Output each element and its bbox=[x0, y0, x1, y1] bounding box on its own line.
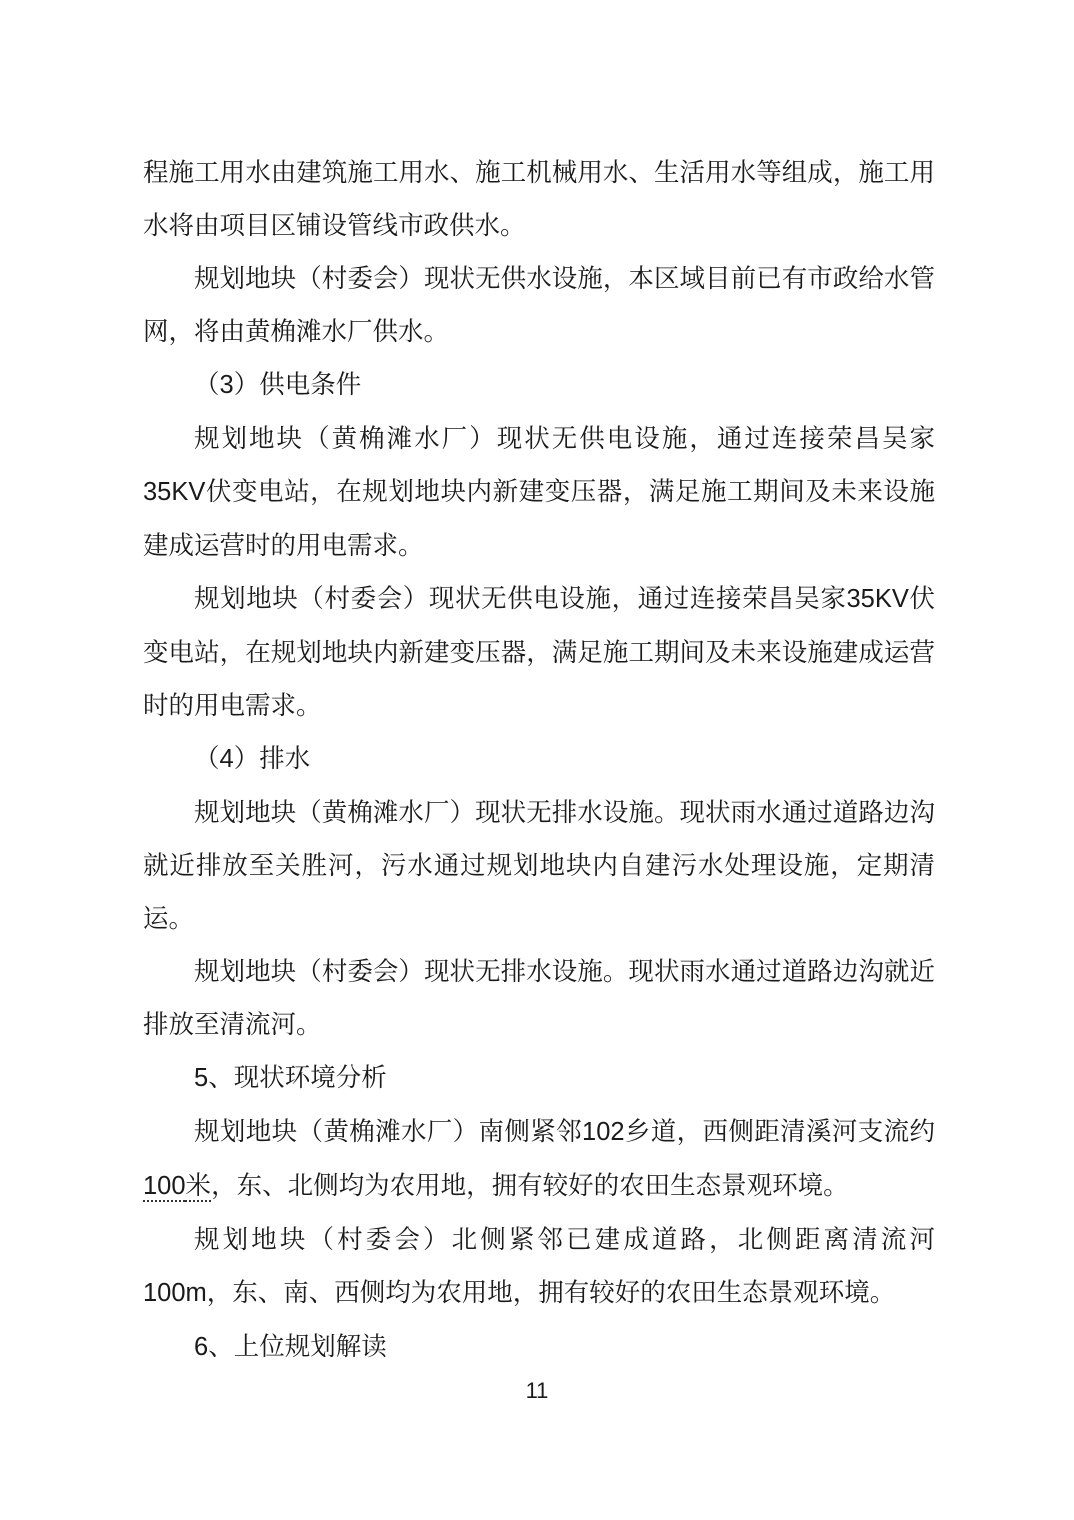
latin-text: 35KV bbox=[143, 478, 205, 506]
latin-text: 100 bbox=[143, 1172, 186, 1200]
text-segment: 5、现状环境分析 bbox=[194, 1063, 387, 1092]
page-number: 11 bbox=[0, 1376, 1074, 1406]
latin-text: 100m bbox=[143, 1279, 207, 1307]
text-segment: 规划地块（黄桷滩水厂）南侧紧邻102乡道，西侧距清溪河支流约 bbox=[194, 1117, 935, 1146]
text-segment: 规划地块（村委会）现状无供水设施，本区域目前已有市政给水管网，将由黄桷滩水厂供水… bbox=[143, 264, 935, 346]
paragraph: 规划地块（黄桷滩水厂）现状无供电设施，通过连接荣昌吴家35KV伏变电站，在规划地… bbox=[143, 412, 935, 572]
paragraph: 5、现状环境分析 bbox=[143, 1051, 935, 1105]
text-segment: （3）供电条件 bbox=[194, 370, 361, 399]
paragraph: 规划地块（黄桷滩水厂）现状无排水设施。现状雨水通过道路边沟就近排放至关胜河，污水… bbox=[143, 786, 935, 945]
text-segment: ，东、北侧均为农用地，拥有较好的农田生态景观环境。 bbox=[211, 1171, 849, 1200]
document-page: 程施工用水由建筑施工用水、施工机械用水、生活用水等组成，施工用水将由项目区铺设管… bbox=[0, 0, 1074, 1520]
latin-text: 4 bbox=[220, 745, 234, 773]
paragraph: 规划地块（黄桷滩水厂）南侧紧邻102乡道，西侧距清溪河支流约100米，东、北侧均… bbox=[143, 1105, 935, 1213]
latin-text: 35KV bbox=[846, 585, 908, 613]
paragraph: 规划地块（村委会）现状无供水设施，本区域目前已有市政给水管网，将由黄桷滩水厂供水… bbox=[143, 252, 935, 358]
paragraph: 规划地块（村委会）现状无排水设施。现状雨水通过道路边沟就近排放至清流河。 bbox=[143, 945, 935, 1051]
text-segment: 规划地块（村委会）现状无供电设施，通过连接荣昌吴家35KV伏变电站，在规划地块内… bbox=[143, 584, 935, 720]
latin-text: 102 bbox=[582, 1118, 625, 1146]
text-segment: 程施工用水由建筑施工用水、施工机械用水、生活用水等组成，施工用水将由项目区铺设管… bbox=[143, 158, 935, 240]
text-segment: 6、上位规划解读 bbox=[194, 1332, 387, 1361]
dotted-underlined-text: 100米 bbox=[143, 1171, 211, 1200]
latin-text: 5 bbox=[194, 1064, 208, 1092]
paragraph: （4）排水 bbox=[143, 732, 935, 786]
text-segment: 规划地块（黄桷滩水厂）现状无供电设施，通过连接荣昌吴家35KV伏变电站，在规划地… bbox=[143, 424, 935, 560]
latin-text: 3 bbox=[220, 371, 234, 399]
paragraph: 程施工用水由建筑施工用水、施工机械用水、生活用水等组成，施工用水将由项目区铺设管… bbox=[143, 146, 935, 252]
document-body: 程施工用水由建筑施工用水、施工机械用水、生活用水等组成，施工用水将由项目区铺设管… bbox=[143, 146, 935, 1374]
latin-text: 6 bbox=[194, 1333, 208, 1361]
text-segment: （4）排水 bbox=[194, 744, 310, 773]
paragraph: 规划地块（村委会）北侧紧邻已建成道路，北侧距离清流河100m，东、南、西侧均为农… bbox=[143, 1213, 935, 1320]
text-segment: 规划地块（黄桷滩水厂）现状无排水设施。现状雨水通过道路边沟就近排放至关胜河，污水… bbox=[143, 798, 935, 933]
text-segment: 规划地块（村委会）北侧紧邻已建成道路，北侧距离清流河100m，东、南、西侧均为农… bbox=[143, 1225, 935, 1307]
paragraph: （3）供电条件 bbox=[143, 358, 935, 412]
paragraph: 6、上位规划解读 bbox=[143, 1320, 935, 1374]
text-segment: 规划地块（村委会）现状无排水设施。现状雨水通过道路边沟就近排放至清流河。 bbox=[143, 957, 935, 1039]
paragraph: 规划地块（村委会）现状无供电设施，通过连接荣昌吴家35KV伏变电站，在规划地块内… bbox=[143, 572, 935, 732]
